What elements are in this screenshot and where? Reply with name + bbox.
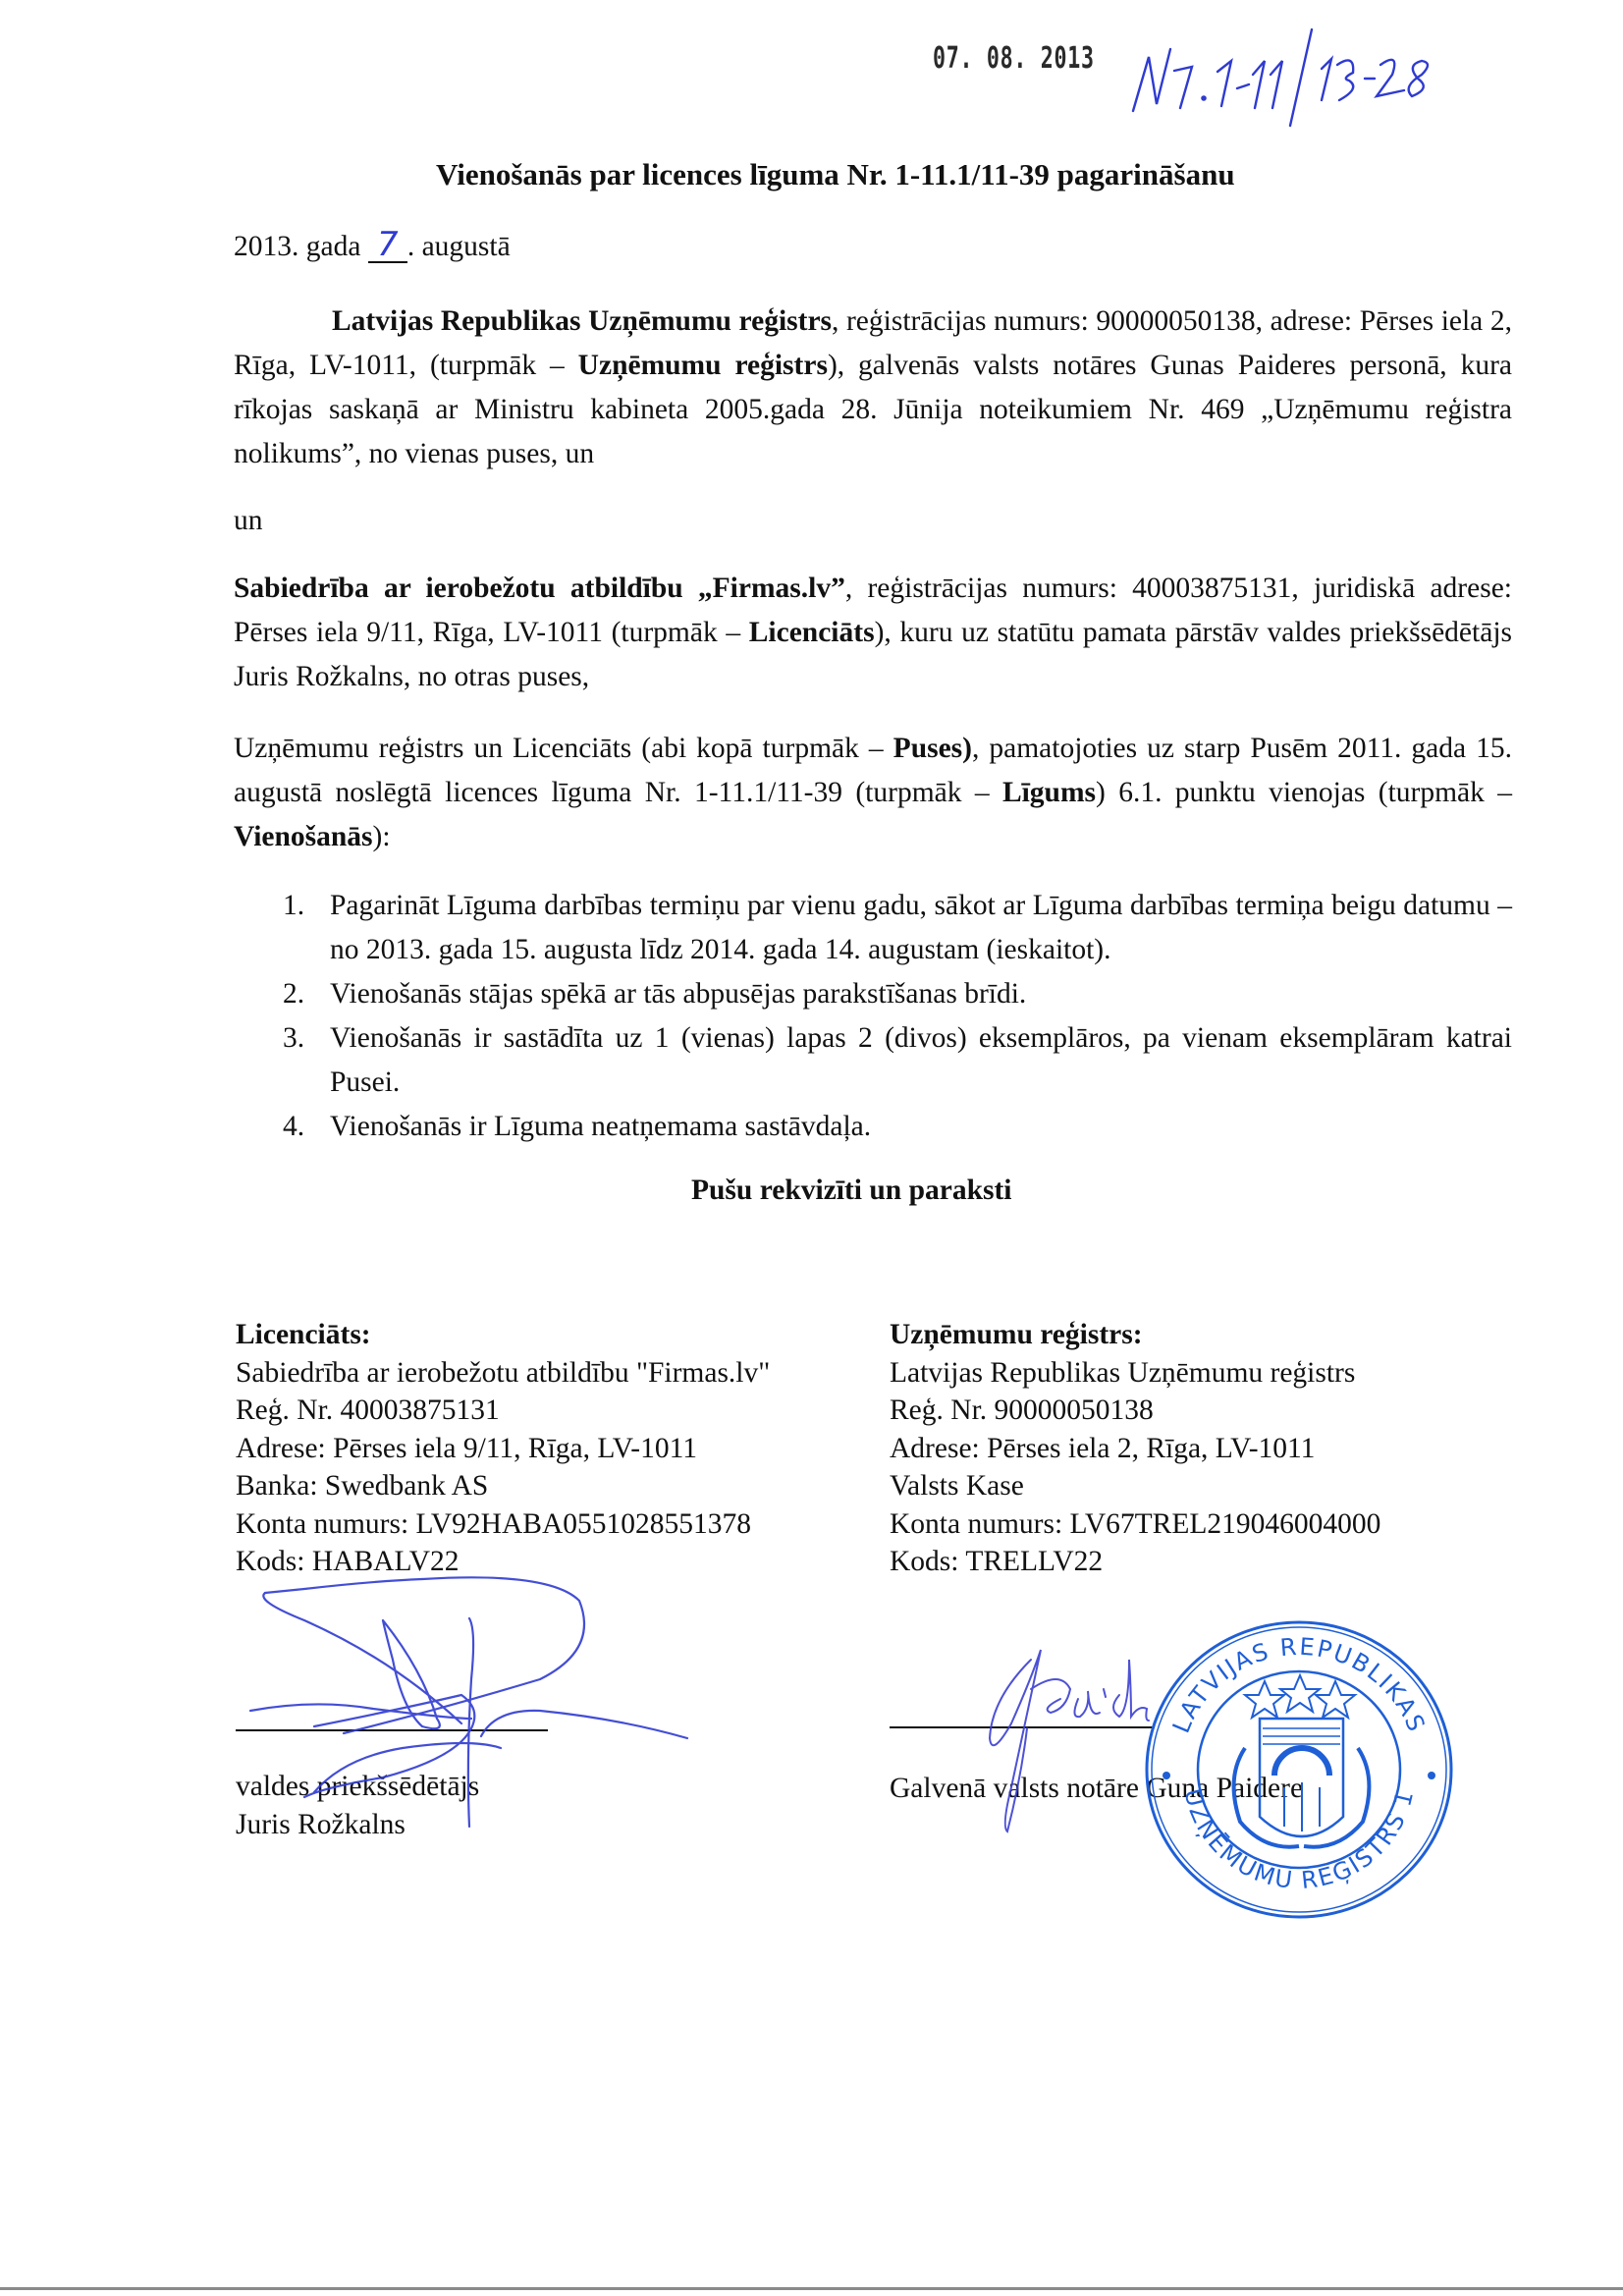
registry-full-name: Latvijas Republikas Uzņēmumu reģistrs bbox=[332, 305, 832, 337]
seal-top-text: LATVIJAS REPUBLIKAS bbox=[1167, 1633, 1431, 1737]
agreement-text-c: ) 6.1. punktu vienojas (turpmāk – bbox=[1096, 777, 1512, 808]
terms-list: 1.Pagarināt Līguma darbības termiņu par … bbox=[283, 884, 1512, 1149]
registration-date-stamp: 07. 08. 2013 bbox=[933, 41, 1095, 76]
agreement-text-a: Uzņēmumu reģistrs un Licenciāts (abi kop… bbox=[234, 733, 893, 764]
agreement-term-vienosanas: Vienošanās bbox=[234, 821, 373, 852]
licensee-heading: Licenciāts: bbox=[236, 1316, 874, 1354]
registry-address: Adrese: Pērses iela 2, Rīga, LV-1011 bbox=[890, 1430, 1528, 1468]
handwritten-reference-icon bbox=[1127, 18, 1598, 145]
term-item: 4.Vienošanās ir Līguma neatņemama sastāv… bbox=[283, 1105, 1512, 1149]
licensee-address: Adrese: Pērses iela 9/11, Rīga, LV-1011 bbox=[236, 1430, 874, 1468]
scan-bottom-edge bbox=[0, 2287, 1623, 2290]
handwritten-reference bbox=[1127, 18, 1598, 145]
handwritten-day: 7 bbox=[368, 228, 407, 263]
registry-details: Uzņēmumu reģistrs: Latvijas Republikas U… bbox=[890, 1316, 1528, 1581]
licensee-bank: Banka: Swedbank AS bbox=[236, 1467, 874, 1505]
svg-text:LATVIJAS REPUBLIKAS: LATVIJAS REPUBLIKAS bbox=[1167, 1633, 1431, 1737]
seal-bottom-text: UZŅĒMUMU REĢISTRS 1 bbox=[1178, 1786, 1419, 1894]
term-number: 1. bbox=[283, 884, 304, 928]
document-date: 2013. gada 7. augustā bbox=[234, 225, 511, 269]
licensee-details: Licenciāts: Sabiedrība ar ierobežotu atb… bbox=[236, 1316, 874, 1581]
term-text: Vienošanās ir Līguma neatņemama sastāvda… bbox=[330, 1111, 871, 1142]
licensee-account: Konta numurs: LV92HABA0551028551378 bbox=[236, 1505, 874, 1544]
term-item: 1.Pagarināt Līguma darbības termiņu par … bbox=[283, 884, 1512, 972]
term-item: 2.Vienošanās stājas spēkā ar tās abpusēj… bbox=[283, 972, 1512, 1016]
agreement-text-d: ): bbox=[373, 821, 391, 852]
registry-heading: Uzņēmumu reģistrs: bbox=[890, 1316, 1528, 1354]
agreement-paragraph: Uzņēmumu reģistrs un Licenciāts (abi kop… bbox=[234, 727, 1512, 859]
licensee-reg-no: Reģ. Nr. 40003875131 bbox=[236, 1392, 874, 1430]
registry-reg-no: Reģ. Nr. 90000050138 bbox=[890, 1392, 1528, 1430]
term-text: Pagarināt Līguma darbības termiņu par vi… bbox=[330, 890, 1512, 965]
term-number: 2. bbox=[283, 972, 304, 1016]
agreement-term-ligums: Līgums bbox=[1002, 777, 1096, 808]
registry-short-name: Uzņēmumu reģistrs bbox=[578, 350, 828, 381]
document-title: Vienošanās par licences līguma Nr. 1-11.… bbox=[436, 157, 1235, 192]
term-text: Vienošanās ir sastādīta uz 1 (vienas) la… bbox=[330, 1022, 1512, 1098]
signatures-heading: Pušu rekvizīti un paraksti bbox=[691, 1175, 1011, 1207]
registry-bank: Valsts Kase bbox=[890, 1467, 1528, 1505]
term-text: Vienošanās stājas spēkā ar tās abpusējas… bbox=[330, 978, 1026, 1010]
term-number: 3. bbox=[283, 1016, 304, 1061]
date-month: . augustā bbox=[407, 231, 511, 262]
date-year: 2013. gada bbox=[234, 231, 360, 262]
party-registry-paragraph: Latvijas Republikas Uzņēmumu reģistrs, r… bbox=[234, 300, 1512, 476]
official-seal-icon: LATVIJAS REPUBLIKAS UZŅĒMUMU REĢISTRS 1 bbox=[1137, 1611, 1461, 1925]
connector-un: un bbox=[234, 499, 263, 543]
registry-name: Latvijas Republikas Uzņēmumu reģistrs bbox=[890, 1354, 1528, 1393]
licensee-short-name: Licenciāts bbox=[749, 617, 875, 648]
term-item: 3.Vienošanās ir sastādīta uz 1 (vienas) … bbox=[283, 1016, 1512, 1105]
svg-text:UZŅĒMUMU REĢISTRS 1: UZŅĒMUMU REĢISTRS 1 bbox=[1178, 1786, 1419, 1894]
registry-account: Konta numurs: LV67TREL219046004000 bbox=[890, 1505, 1528, 1544]
licensee-name: Sabiedrība ar ierobežotu atbildību "Firm… bbox=[236, 1354, 874, 1393]
agreement-term-puses: Puses) bbox=[893, 733, 972, 764]
registry-code: Kods: TRELLV22 bbox=[890, 1543, 1528, 1581]
party-licensee-paragraph: Sabiedrība ar ierobežotu atbildību „Firm… bbox=[234, 567, 1512, 699]
licensee-signature-icon bbox=[226, 1561, 736, 1856]
term-number: 4. bbox=[283, 1105, 304, 1149]
licensee-full-name: Sabiedrība ar ierobežotu atbildību „Firm… bbox=[234, 573, 845, 604]
